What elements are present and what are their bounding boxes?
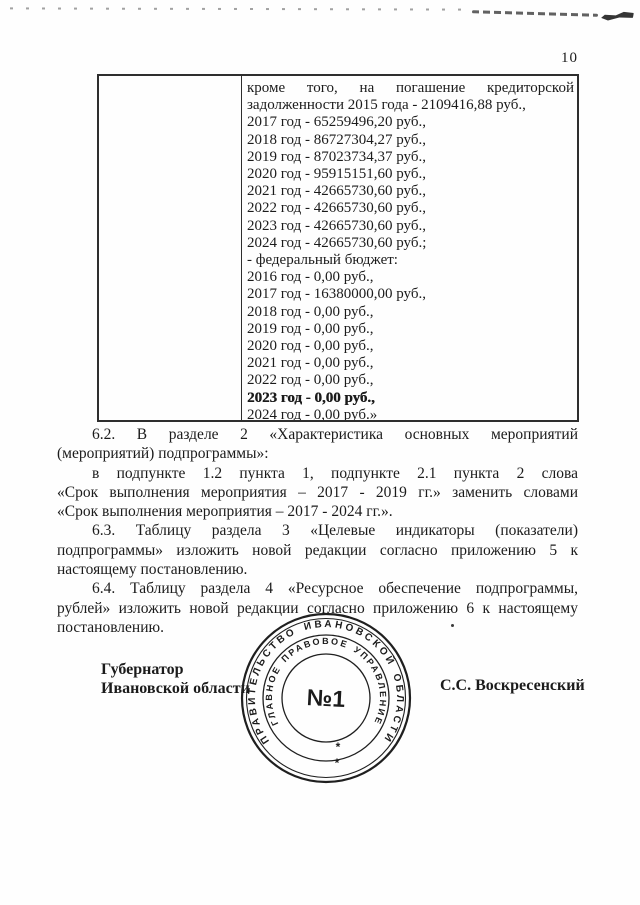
amount-line: 2022 год - 42665730,60 руб., xyxy=(247,200,574,217)
document-page: 10 кроме того, на погашение кредиторской… xyxy=(0,0,640,905)
table-left-cell xyxy=(99,76,242,420)
amount-line: кроме того, на погашение кредиторской xyxy=(247,80,574,97)
seal-star-icon: * xyxy=(336,740,341,754)
amount-line: 2018 год - 86727304,27 руб., xyxy=(247,132,574,149)
budget-table: кроме того, на погашение кредиторской за… xyxy=(97,74,579,422)
signature-title-line1: Губернатор xyxy=(101,660,250,679)
seal-number: №1 xyxy=(306,684,346,712)
body-line: 6.4. Таблицу раздела 4 «Ресурсное обеспе… xyxy=(57,579,578,598)
amount-line: 2020 год - 0,00 руб., xyxy=(247,338,574,355)
body-line: 6.2. В разделе 2 «Характеристика основны… xyxy=(57,425,578,444)
page-number: 10 xyxy=(561,50,578,67)
body-line: «Срок выполнения мероприятия – 2017 - 20… xyxy=(57,483,578,502)
body-line: «Срок выполнения мероприятия – 2017 - 20… xyxy=(57,502,578,521)
body-line: в подпункте 1.2 пункта 1, подпункте 2.1 … xyxy=(57,464,578,483)
amount-line: 2022 год - 0,00 руб., xyxy=(247,372,574,389)
amount-line: 2018 год - 0,00 руб., xyxy=(247,304,574,321)
amount-line: 2023 год - 0,00 руб., xyxy=(247,390,574,407)
signature-title-line2: Ивановской области xyxy=(101,679,250,698)
scan-artifact-dotted-line xyxy=(10,7,472,10)
body-line: (мероприятий) подпрограммы»: xyxy=(57,444,578,463)
seal-star-icon: * xyxy=(335,756,340,770)
seal-inner-text: ГЛАВНОЕ ПРАВОВОЕ УПРАВЛЕНИЕ xyxy=(264,636,388,727)
body-line: настоящему постановлению. xyxy=(57,560,578,579)
table-amounts-cell: кроме того, на погашение кредиторской за… xyxy=(242,76,577,420)
svg-text:ГЛАВНОЕ ПРАВОВОЕ УПРАВЛЕНИЕ: ГЛАВНОЕ ПРАВОВОЕ УПРАВЛЕНИЕ xyxy=(264,636,388,727)
amount-line: 2020 год - 95915151,60 руб., xyxy=(247,166,574,183)
amount-line: 2024 год - 0,00 руб.» xyxy=(247,407,574,420)
scan-artifact-blob xyxy=(601,11,635,22)
amount-line: 2021 год - 42665730,60 руб., xyxy=(247,183,574,200)
amount-line: - федеральный бюджет: xyxy=(247,252,574,269)
official-seal: ПРАВИТЕЛЬСТВО ИВАНОВСКОЙ ОБЛАСТИ ГЛАВНОЕ… xyxy=(238,610,414,786)
signature-title: Губернатор Ивановской области xyxy=(101,660,250,698)
amount-line: 2016 год - 0,00 руб., xyxy=(247,269,574,286)
amount-line: 2017 год - 65259496,20 руб., xyxy=(247,114,574,131)
body-line: 6.3. Таблицу раздела 3 «Целевые индикато… xyxy=(57,521,578,540)
amount-line: 2021 год - 0,00 руб., xyxy=(247,355,574,372)
signature-name: С.С. Воскресенский xyxy=(440,677,585,695)
document-body: 6.2. В разделе 2 «Характеристика основны… xyxy=(57,425,578,637)
amount-line: 2019 год - 0,00 руб., xyxy=(247,321,574,338)
amount-line: 2023 год - 42665730,60 руб., xyxy=(247,218,574,235)
amount-line: задолженности 2015 года - 2109416,88 руб… xyxy=(247,97,574,114)
body-line: подпрограммы» изложить новой редакции со… xyxy=(57,541,578,560)
amount-line: 2024 год - 42665730,60 руб.; xyxy=(247,235,574,252)
amount-line: 2019 год - 87023734,37 руб., xyxy=(247,149,574,166)
amount-line: 2017 год - 16380000,00 руб., xyxy=(247,286,574,303)
scan-artifact-dashes xyxy=(472,10,598,17)
